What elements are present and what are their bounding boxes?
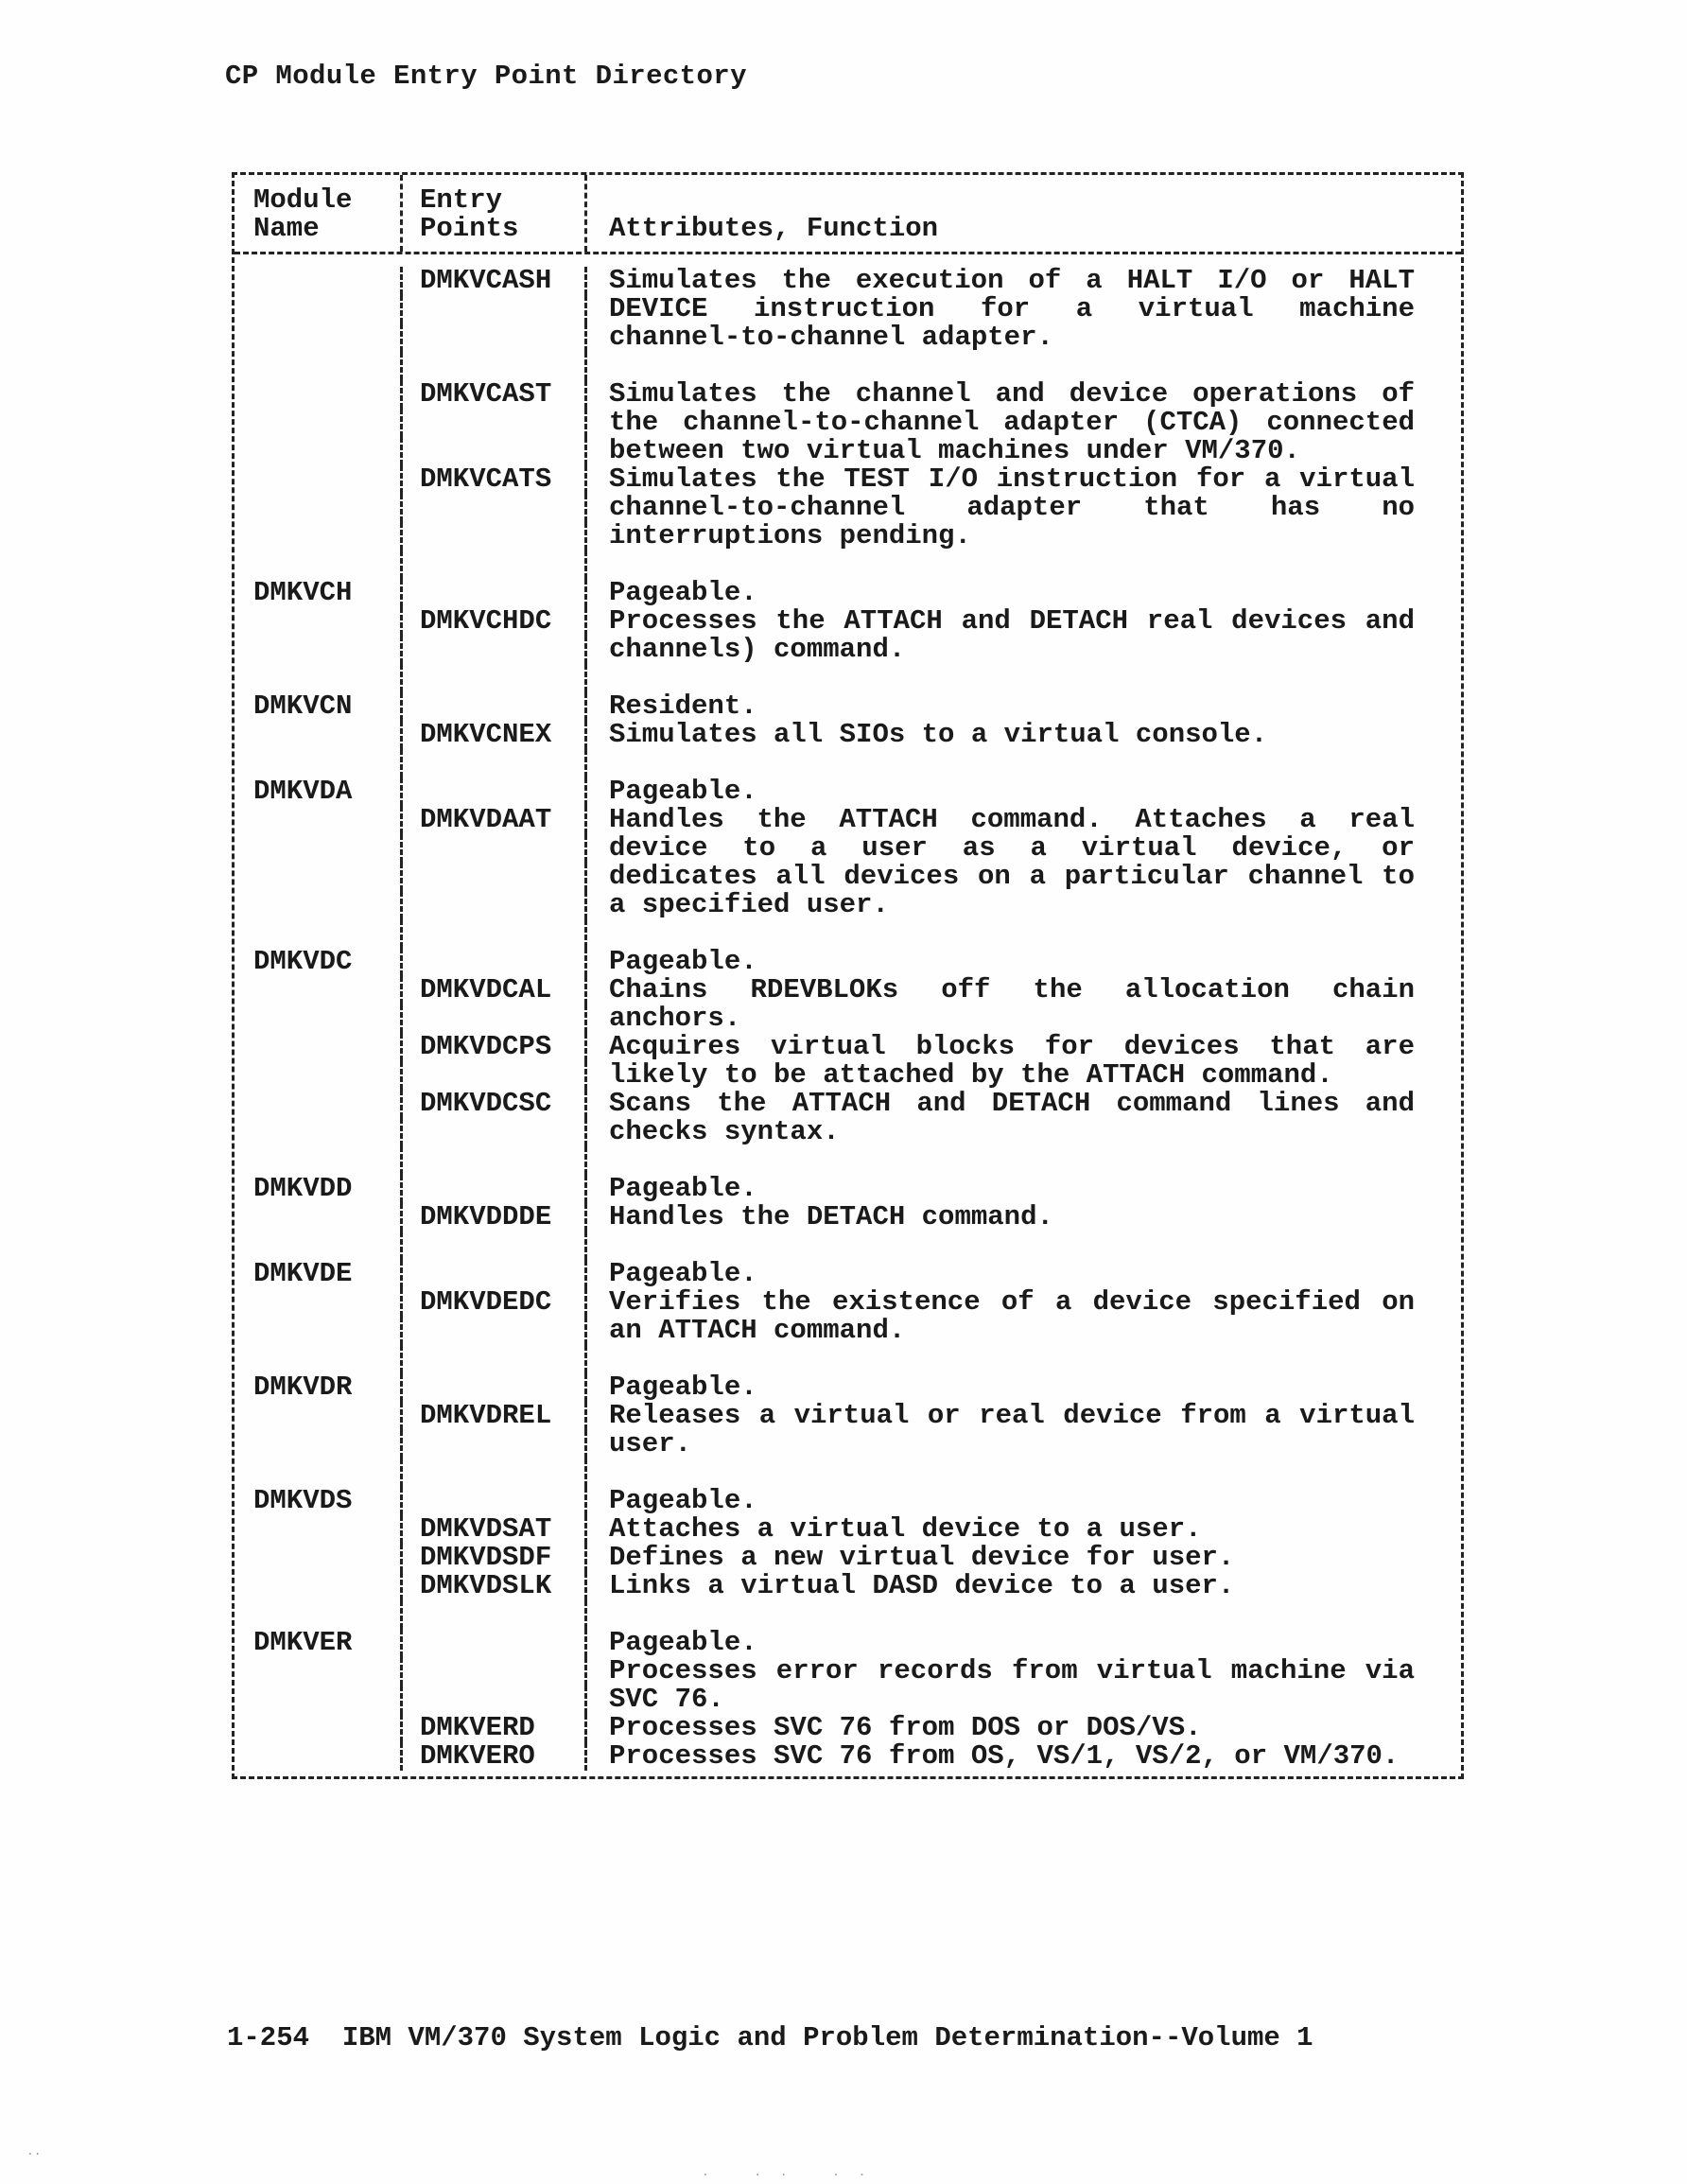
- table-line: DMKVCHDCProcesses the ATTACH and DETACH …: [235, 607, 1461, 636]
- module-name-cell: [235, 1317, 400, 1345]
- attributes-cell: Processes the ATTACH and DETACH real dev…: [584, 607, 1461, 636]
- module-directory-table: Module Name Entry Points Attributes, Fun…: [232, 172, 1464, 1779]
- module-name-cell: DMKVDD: [235, 1175, 400, 1203]
- attributes-cell: Simulates the channel and device operati…: [584, 380, 1461, 409]
- entry-point-cell: [400, 1345, 584, 1373]
- module-name-cell: [235, 1459, 400, 1487]
- module-name-cell: [235, 891, 400, 919]
- table-blank-line: [235, 749, 1461, 778]
- attributes-cell: Pageable.: [584, 1260, 1461, 1288]
- table-line: between two virtual machines under VM/37…: [235, 437, 1461, 465]
- entry-point-cell: DMKVDCAL: [400, 976, 584, 1005]
- attributes-cell: Acquires virtual blocks for devices that…: [584, 1033, 1461, 1061]
- entry-point-cell: [400, 1260, 584, 1288]
- module-name-cell: [235, 1544, 400, 1572]
- table-blank-line: [235, 550, 1461, 579]
- module-name-cell: [235, 1146, 400, 1175]
- module-name-cell: [235, 976, 400, 1005]
- module-name-cell: [235, 550, 400, 579]
- attributes-cell: [584, 352, 1461, 380]
- attributes-cell: likely to be attached by the ATTACH comm…: [584, 1061, 1461, 1090]
- entry-point-cell: [400, 1629, 584, 1657]
- attributes-cell: checks syntax.: [584, 1118, 1461, 1146]
- table-line: DMKVDSLKLinks a virtual DASD device to a…: [235, 1572, 1461, 1600]
- entry-point-cell: [400, 323, 584, 352]
- module-name-cell: [235, 409, 400, 437]
- attributes-cell: [584, 1232, 1461, 1260]
- attributes-cell: Simulates all SIOs to a virtual console.: [584, 721, 1461, 749]
- table-line: DMKVDEDCVerifies the existence of a devi…: [235, 1288, 1461, 1317]
- module-name-cell: [235, 636, 400, 664]
- attributes-cell: Simulates the execution of a HALT I/O or…: [584, 267, 1461, 295]
- entry-point-cell: [400, 919, 584, 948]
- attributes-cell: [584, 749, 1461, 778]
- table-blank-line: [235, 1459, 1461, 1487]
- table-line: DMKVCATSSimulates the TEST I/O instructi…: [235, 465, 1461, 494]
- table-line: likely to be attached by the ATTACH comm…: [235, 1061, 1461, 1090]
- attributes-cell: Handles the DETACH command.: [584, 1203, 1461, 1232]
- entry-point-cell: [400, 1600, 584, 1629]
- attributes-cell: Defines a new virtual device for user.: [584, 1544, 1461, 1572]
- table-line: DMKVDEPageable.: [235, 1260, 1461, 1288]
- module-name-cell: [235, 1090, 400, 1118]
- table-line: DMKVERDProcesses SVC 76 from DOS or DOS/…: [235, 1714, 1461, 1742]
- attributes-cell: a specified user.: [584, 891, 1461, 919]
- attributes-cell: channel-to-channel adapter that has no: [584, 494, 1461, 522]
- module-name-cell: DMKVDR: [235, 1373, 400, 1402]
- table-line: DMKVDCPSAcquires virtual blocks for devi…: [235, 1033, 1461, 1061]
- table-line: an ATTACH command.: [235, 1317, 1461, 1345]
- attributes-cell: [584, 1459, 1461, 1487]
- attributes-cell: Resident.: [584, 692, 1461, 721]
- module-name-cell: DMKVDS: [235, 1487, 400, 1515]
- table-line: DMKVDDPageable.: [235, 1175, 1461, 1203]
- entry-point-cell: [400, 494, 584, 522]
- entry-point-cell: [400, 295, 584, 323]
- table-blank-line: [235, 664, 1461, 692]
- entry-point-cell: [400, 1459, 584, 1487]
- table-line: DMKVDAPageable.: [235, 778, 1461, 806]
- module-name-cell: [235, 1714, 400, 1742]
- entry-point-cell: DMKVCNEX: [400, 721, 584, 749]
- table-body: DMKVCASHSimulates the execution of a HAL…: [235, 254, 1461, 1776]
- scan-artifact-dots: . . . . .: [702, 2166, 871, 2178]
- header-line: Module: [253, 186, 400, 215]
- module-name-cell: [235, 323, 400, 352]
- module-name-cell: [235, 1345, 400, 1373]
- entry-point-cell: DMKVCASH: [400, 267, 584, 295]
- module-name-cell: [235, 863, 400, 891]
- entry-point-cell: [400, 636, 584, 664]
- attributes-cell: Verifies the existence of a device speci…: [584, 1288, 1461, 1317]
- attributes-cell: Attaches a virtual device to a user.: [584, 1515, 1461, 1544]
- module-name-cell: [235, 1430, 400, 1459]
- table-blank-line: [235, 1146, 1461, 1175]
- entry-point-cell: [400, 778, 584, 806]
- attributes-cell: Simulates the TEST I/O instruction for a…: [584, 465, 1461, 494]
- attributes-cell: Chains RDEVBLOKs off the allocation chai…: [584, 976, 1461, 1005]
- entry-point-cell: [400, 1373, 584, 1402]
- module-name-cell: [235, 806, 400, 834]
- table-line: DMKVCHPageable.: [235, 579, 1461, 607]
- header-line: Name: [253, 215, 400, 243]
- entry-point-cell: [400, 1317, 584, 1345]
- entry-point-cell: DMKVDREL: [400, 1402, 584, 1430]
- entry-point-cell: DMKVDCSC: [400, 1090, 584, 1118]
- attributes-cell: Pageable.: [584, 1487, 1461, 1515]
- entry-point-cell: DMKVDEDC: [400, 1288, 584, 1317]
- attributes-cell: Releases a virtual or real device from a…: [584, 1402, 1461, 1430]
- attributes-cell: [584, 919, 1461, 948]
- table-line: user.: [235, 1430, 1461, 1459]
- table-line: DMKVDCPageable.: [235, 948, 1461, 976]
- table-line: DMKVDCSCScans the ATTACH and DETACH comm…: [235, 1090, 1461, 1118]
- page-footer: 1-254 IBM VM/370 System Logic and Proble…: [227, 2024, 1313, 2053]
- entry-point-cell: [400, 1175, 584, 1203]
- table-line: the channel-to-channel adapter (CTCA) co…: [235, 409, 1461, 437]
- table-line: DEVICE instruction for a virtual machine: [235, 295, 1461, 323]
- entry-point-cell: DMKVDCPS: [400, 1033, 584, 1061]
- module-name-cell: [235, 1232, 400, 1260]
- header-line: Points: [420, 215, 584, 243]
- scan-artifacts: .. . . . . .: [0, 2140, 1687, 2177]
- module-name-cell: [235, 522, 400, 550]
- table-line: DMKVDSATAttaches a virtual device to a u…: [235, 1515, 1461, 1544]
- attributes-cell: the channel-to-channel adapter (CTCA) co…: [584, 409, 1461, 437]
- page-title: CP Module Entry Point Directory: [225, 62, 747, 91]
- attributes-cell: channels) command.: [584, 636, 1461, 664]
- module-name-cell: [235, 1203, 400, 1232]
- attributes-cell: [584, 550, 1461, 579]
- attributes-cell: dedicates all devices on a particular ch…: [584, 863, 1461, 891]
- attributes-cell: Scans the ATTACH and DETACH command line…: [584, 1090, 1461, 1118]
- attributes-cell: Pageable.: [584, 1175, 1461, 1203]
- table-line: device to a user as a virtual device, or: [235, 834, 1461, 863]
- entry-point-cell: DMKVDAAT: [400, 806, 584, 834]
- attributes-cell: Pageable.: [584, 948, 1461, 976]
- entry-point-cell: [400, 352, 584, 380]
- entry-point-cell: [400, 1005, 584, 1033]
- entry-point-cell: DMKVERD: [400, 1714, 584, 1742]
- module-name-cell: [235, 494, 400, 522]
- table-line: DMKVDRELReleases a virtual or real devic…: [235, 1402, 1461, 1430]
- attributes-cell: Processes SVC 76 from OS, VS/1, VS/2, or…: [584, 1742, 1461, 1771]
- module-name-cell: [235, 465, 400, 494]
- entry-point-cell: [400, 579, 584, 607]
- module-name-cell: [235, 1061, 400, 1090]
- table-blank-line: [235, 1600, 1461, 1629]
- attributes-cell: [584, 1345, 1461, 1373]
- module-name-cell: [235, 664, 400, 692]
- entry-point-cell: [400, 1146, 584, 1175]
- module-name-cell: DMKVDC: [235, 948, 400, 976]
- table-line: DMKVDCALChains RDEVBLOKs off the allocat…: [235, 976, 1461, 1005]
- module-name-cell: [235, 437, 400, 465]
- attributes-cell: [584, 664, 1461, 692]
- entry-point-cell: [400, 409, 584, 437]
- column-header-entry-points: Entry Points: [400, 175, 584, 252]
- attributes-cell: Processes SVC 76 from DOS or DOS/VS.: [584, 1714, 1461, 1742]
- entry-point-cell: [400, 891, 584, 919]
- module-name-cell: [235, 267, 400, 295]
- table-line: DMKVDAATHandles the ATTACH command. Atta…: [235, 806, 1461, 834]
- attributes-cell: Pageable.: [584, 579, 1461, 607]
- entry-point-cell: DMKVERO: [400, 1742, 584, 1771]
- entry-point-cell: [400, 1430, 584, 1459]
- module-name-cell: DMKVDE: [235, 1260, 400, 1288]
- table-line: DMKVCNResident.: [235, 692, 1461, 721]
- table-header-row: Module Name Entry Points Attributes, Fun…: [235, 175, 1461, 254]
- module-name-cell: [235, 607, 400, 636]
- table-line: DMKVCASHSimulates the execution of a HAL…: [235, 267, 1461, 295]
- module-name-cell: [235, 1742, 400, 1771]
- table-line: channels) command.: [235, 636, 1461, 664]
- attributes-cell: Pageable.: [584, 1629, 1461, 1657]
- entry-point-cell: [400, 664, 584, 692]
- table-line: a specified user.: [235, 891, 1461, 919]
- entry-point-cell: [400, 1487, 584, 1515]
- table-blank-line: [235, 1232, 1461, 1260]
- entry-point-cell: [400, 692, 584, 721]
- entry-point-cell: DMKVCHDC: [400, 607, 584, 636]
- module-name-cell: [235, 1402, 400, 1430]
- attributes-cell: Pageable.: [584, 1373, 1461, 1402]
- table-line: anchors.: [235, 1005, 1461, 1033]
- module-name-cell: [235, 1657, 400, 1686]
- entry-point-cell: DMKVDSAT: [400, 1515, 584, 1544]
- attributes-cell: an ATTACH command.: [584, 1317, 1461, 1345]
- table-line: DMKVDRPageable.: [235, 1373, 1461, 1402]
- module-name-cell: [235, 352, 400, 380]
- header-line: Attributes, Function: [609, 215, 1461, 243]
- table-line: dedicates all devices on a particular ch…: [235, 863, 1461, 891]
- module-name-cell: [235, 1005, 400, 1033]
- module-name-cell: [235, 721, 400, 749]
- entry-point-cell: DMKVDSLK: [400, 1572, 584, 1600]
- entry-point-cell: DMKVCAST: [400, 380, 584, 409]
- entry-point-cell: [400, 1686, 584, 1714]
- entry-point-cell: DMKVDSDF: [400, 1544, 584, 1572]
- module-name-cell: DMKVDA: [235, 778, 400, 806]
- attributes-cell: SVC 76.: [584, 1686, 1461, 1714]
- attributes-cell: interruptions pending.: [584, 522, 1461, 550]
- table-line: checks syntax.: [235, 1118, 1461, 1146]
- attributes-cell: Handles the ATTACH command. Attaches a r…: [584, 806, 1461, 834]
- module-name-cell: [235, 1118, 400, 1146]
- attributes-cell: Processes error records from virtual mac…: [584, 1657, 1461, 1686]
- attributes-cell: device to a user as a virtual device, or: [584, 834, 1461, 863]
- column-header-module-name: Module Name: [235, 175, 400, 252]
- attributes-cell: between two virtual machines under VM/37…: [584, 437, 1461, 465]
- table-line: Processes error records from virtual mac…: [235, 1657, 1461, 1686]
- entry-point-cell: [400, 948, 584, 976]
- module-name-cell: [235, 380, 400, 409]
- table-line: DMKVEROProcesses SVC 76 from OS, VS/1, V…: [235, 1742, 1461, 1771]
- attributes-cell: [584, 1146, 1461, 1175]
- entry-point-cell: DMKVDDDE: [400, 1203, 584, 1232]
- table-line: DMKVERPageable.: [235, 1629, 1461, 1657]
- table-line: DMKVDDDEHandles the DETACH command.: [235, 1203, 1461, 1232]
- table-line: DMKVCNEXSimulates all SIOs to a virtual …: [235, 721, 1461, 749]
- module-name-cell: [235, 1572, 400, 1600]
- module-name-cell: [235, 919, 400, 948]
- entry-point-cell: [400, 749, 584, 778]
- attributes-cell: Pageable.: [584, 778, 1461, 806]
- table-line: DMKVCASTSimulates the channel and device…: [235, 380, 1461, 409]
- attributes-cell: DEVICE instruction for a virtual machine: [584, 295, 1461, 323]
- module-name-cell: DMKVCN: [235, 692, 400, 721]
- entry-point-cell: [400, 863, 584, 891]
- module-name-cell: [235, 1686, 400, 1714]
- entry-point-cell: [400, 550, 584, 579]
- module-name-cell: [235, 295, 400, 323]
- module-name-cell: [235, 1600, 400, 1629]
- table-blank-line: [235, 1345, 1461, 1373]
- attributes-cell: [584, 1600, 1461, 1629]
- table-line: channel-to-channel adapter.: [235, 323, 1461, 352]
- table-line: SVC 76.: [235, 1686, 1461, 1714]
- entry-point-cell: [400, 1118, 584, 1146]
- module-name-cell: [235, 1288, 400, 1317]
- table-line: channel-to-channel adapter that has no: [235, 494, 1461, 522]
- module-name-cell: [235, 1515, 400, 1544]
- scan-artifact-dots: ..: [26, 2145, 42, 2158]
- module-name-cell: DMKVCH: [235, 579, 400, 607]
- table-blank-line: [235, 352, 1461, 380]
- entry-point-cell: DMKVCATS: [400, 465, 584, 494]
- entry-point-cell: [400, 522, 584, 550]
- entry-point-cell: [400, 1061, 584, 1090]
- header-line: Entry: [420, 186, 584, 215]
- module-name-cell: [235, 1033, 400, 1061]
- entry-point-cell: [400, 437, 584, 465]
- table-blank-line: [235, 919, 1461, 948]
- entry-point-cell: [400, 1657, 584, 1686]
- entry-point-cell: [400, 834, 584, 863]
- module-name-cell: DMKVER: [235, 1629, 400, 1657]
- column-header-attributes-function: Attributes, Function: [584, 175, 1461, 252]
- attributes-cell: anchors.: [584, 1005, 1461, 1033]
- entry-point-cell: [400, 1232, 584, 1260]
- attributes-cell: user.: [584, 1430, 1461, 1459]
- attributes-cell: Links a virtual DASD device to a user.: [584, 1572, 1461, 1600]
- module-name-cell: [235, 834, 400, 863]
- document-page: CP Module Entry Point Directory Module N…: [0, 0, 1687, 2184]
- table-line: DMKVDSDFDefines a new virtual device for…: [235, 1544, 1461, 1572]
- attributes-cell: channel-to-channel adapter.: [584, 323, 1461, 352]
- module-name-cell: [235, 749, 400, 778]
- table-line: interruptions pending.: [235, 522, 1461, 550]
- table-line: DMKVDSPageable.: [235, 1487, 1461, 1515]
